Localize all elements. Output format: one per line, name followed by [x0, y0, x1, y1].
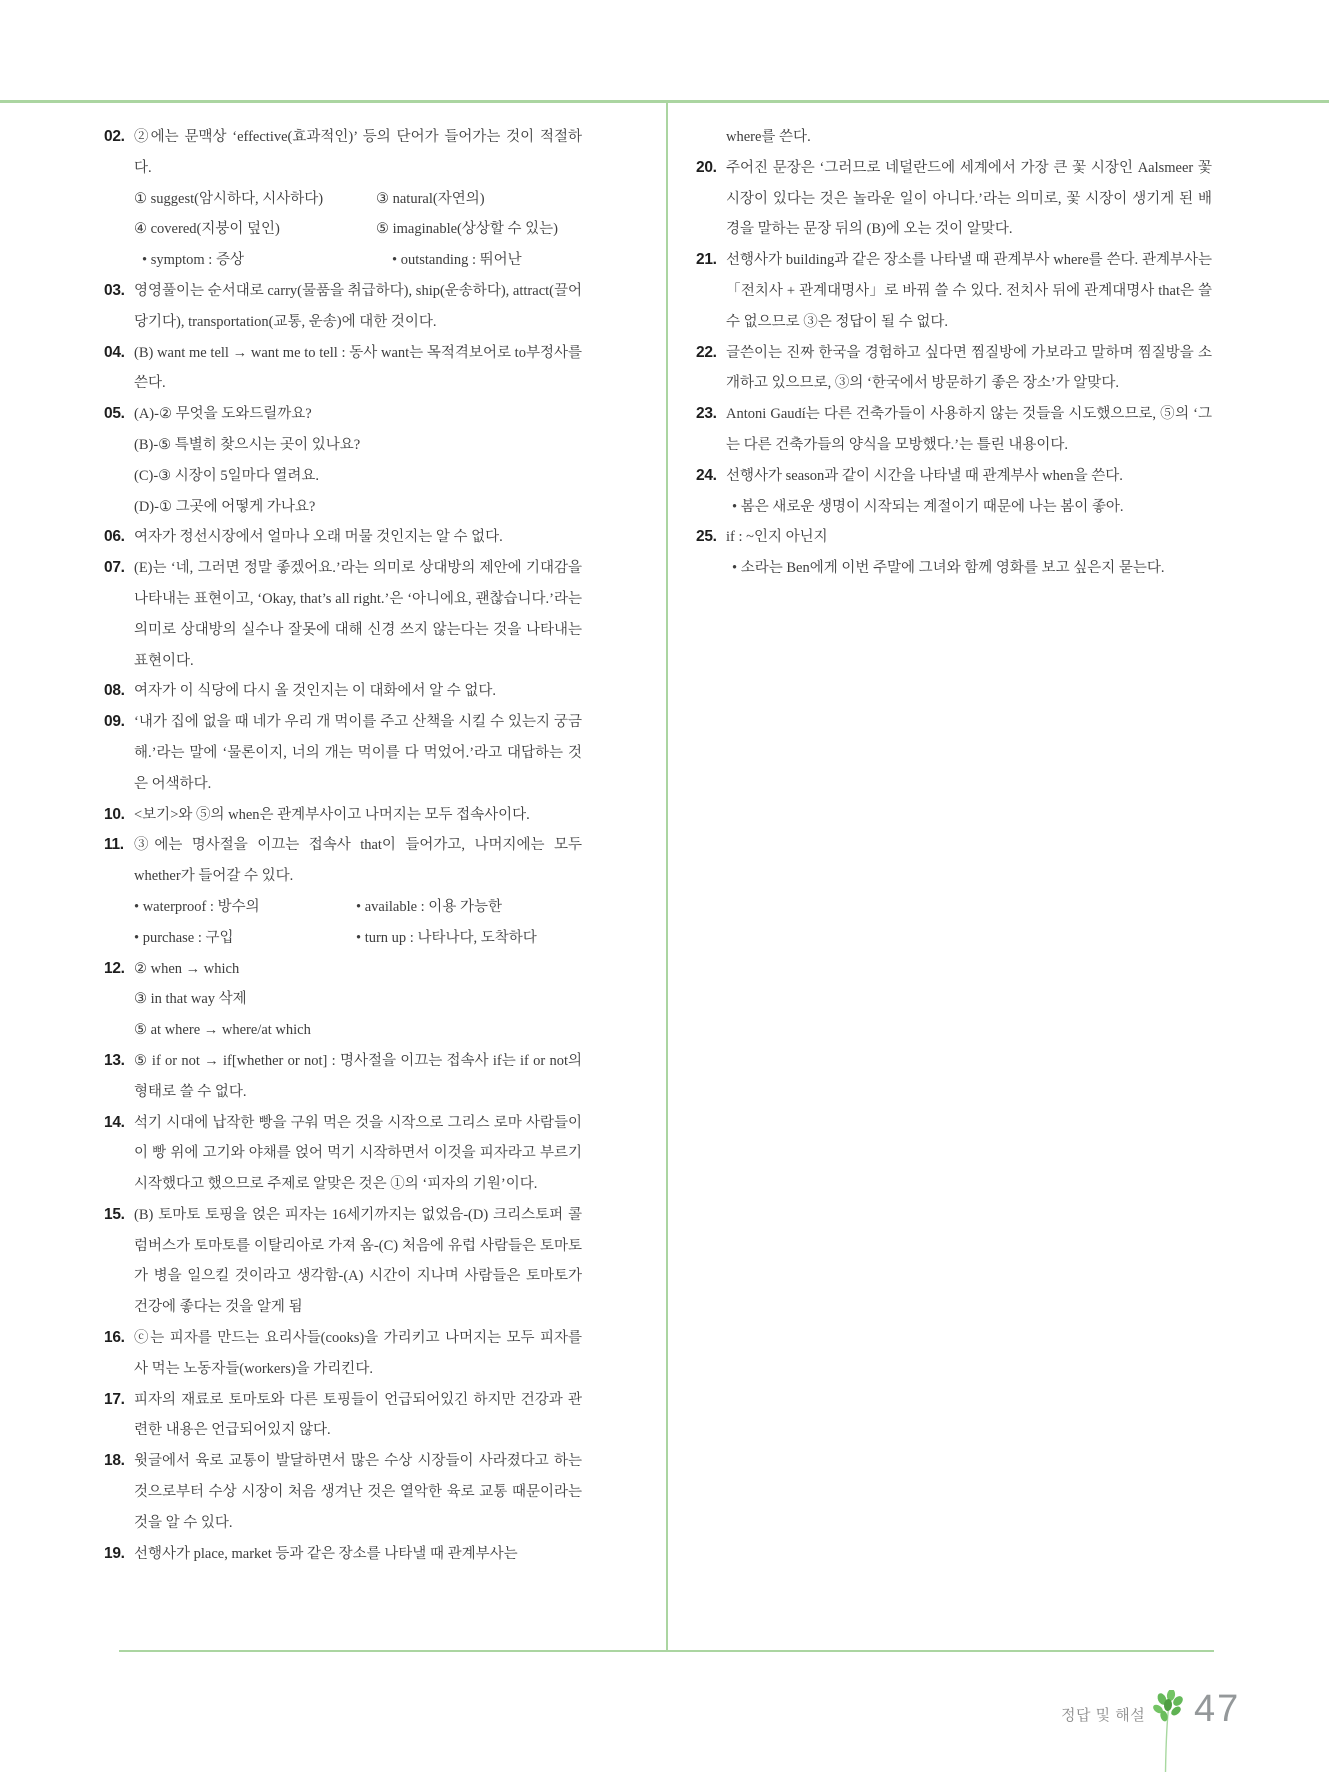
- explanation-text: 여자가 이 식당에 다시 올 것인지는 이 대화에서 알 수 없다.: [134, 676, 582, 707]
- vocab-entry: • turn up : 나타나다, 도착하다: [356, 923, 537, 954]
- page-number: 47: [1194, 1688, 1240, 1731]
- item-body: ‘내가 집에 없을 때 네가 우리 개 먹이를 주고 산책을 시킬 수 있는지 …: [134, 707, 582, 799]
- item-number: 02.: [104, 122, 134, 153]
- explanation-text: ③에는 명사절을 이끄는 접속사 that이 들어가고, 나머지에는 모두 wh…: [134, 830, 582, 892]
- item-body: ③에는 명사절을 이끄는 접속사 that이 들어가고, 나머지에는 모두 wh…: [134, 830, 582, 953]
- item-body: 윗글에서 육로 교통이 발달하면서 많은 수상 시장들이 사라졌다고 하는 것으…: [134, 1446, 582, 1538]
- answer-explanation-page: 02.②에는 문맥상 ‘effective(효과적인)’ 등의 단어가 들어가는…: [0, 0, 1329, 1772]
- option-line: ③ in that way 삭제: [134, 984, 582, 1015]
- explanation-text: <보기>와 ⑤의 when은 관계부사이고 나머지는 모두 접속사이다.: [134, 800, 582, 831]
- item-body: <보기>와 ⑤의 when은 관계부사이고 나머지는 모두 접속사이다.: [134, 800, 582, 831]
- item-body: 여자가 정선시장에서 얼마나 오래 머물 것인지는 알 수 없다.: [134, 522, 582, 553]
- option-line: (A)-② 무엇을 도와드릴까요?: [134, 399, 582, 430]
- bullet-note: • 소라는 Ben에게 이번 주말에 그녀와 함께 영화를 보고 싶은지 묻는다…: [726, 553, 1212, 584]
- item-body: 주어진 문장은 ‘그러므로 네덜란드에 세계에서 가장 큰 꽃 시장인 Aals…: [726, 153, 1212, 245]
- column-divider-rule: [666, 100, 668, 1652]
- explanation-text: 선행사가 season과 같이 시간을 나타낼 때 관계부사 when을 쓴다.: [726, 461, 1212, 492]
- option-line: ⑤ at where → where/at which: [134, 1015, 582, 1046]
- left-column: 02.②에는 문맥상 ‘effective(효과적인)’ 등의 단어가 들어가는…: [104, 122, 582, 1569]
- bottom-rule: [119, 1650, 1214, 1652]
- item-body: Antoni Gaudí는 다른 건축가들이 사용하지 않는 것들을 시도했으므…: [726, 399, 1212, 461]
- item-22: 22.글쓴이는 진짜 한국을 경험하고 싶다면 찜질방에 가보라고 말하며 찜질…: [696, 338, 1212, 400]
- right-column: where를 쓴다.20.주어진 문장은 ‘그러므로 네덜란드에 세계에서 가장…: [696, 122, 1212, 584]
- item-body: (E)는 ‘네, 그러면 정말 좋겠어요.’라는 의미로 상대방의 제안에 기대…: [134, 553, 582, 676]
- option-line: (D)-① 그곳에 어떻게 가나요?: [134, 492, 582, 523]
- item-number: 19.: [104, 1539, 134, 1570]
- vocab-entry: • purchase : 구입: [134, 923, 356, 954]
- item-number: 15.: [104, 1200, 134, 1231]
- vocab-pair-row: ① suggest(암시하다, 시사하다)③ natural(자연의): [134, 184, 582, 215]
- item-14: 14.석기 시대에 납작한 빵을 구워 먹은 것을 시작으로 그리스 로마 사람…: [104, 1108, 582, 1200]
- item-body: (A)-② 무엇을 도와드릴까요?(B)-⑤ 특별히 찾으시는 곳이 있나요?(…: [134, 399, 582, 522]
- item-24: 24.선행사가 season과 같이 시간을 나타낼 때 관계부사 when을 …: [696, 461, 1212, 523]
- item-number: 04.: [104, 338, 134, 369]
- sprout-icon: [1150, 1690, 1186, 1772]
- item-19: 19.선행사가 place, market 등과 같은 장소를 나타낼 때 관계…: [104, 1539, 582, 1570]
- option-line: ② when → which: [134, 954, 582, 985]
- item-body: 피자의 재료로 토마토와 다른 토핑들이 언급되어있긴 하지만 건강과 관련한 …: [134, 1385, 582, 1447]
- item-number: 20.: [696, 153, 726, 184]
- item-11: 11.③에는 명사절을 이끄는 접속사 that이 들어가고, 나머지에는 모두…: [104, 830, 582, 953]
- item-08: 08.여자가 이 식당에 다시 올 것인지는 이 대화에서 알 수 없다.: [104, 676, 582, 707]
- explanation-text: 석기 시대에 납작한 빵을 구워 먹은 것을 시작으로 그리스 로마 사람들이 …: [134, 1108, 582, 1200]
- item-16: 16.ⓒ는 피자를 만드는 요리사들(cooks)을 가리키고 나머지는 모두 …: [104, 1323, 582, 1385]
- explanation-text: ⑤ if or not → if[whether or not] : 명사절을 …: [134, 1046, 582, 1108]
- item-25: 25.if : ~인지 아닌지• 소라는 Ben에게 이번 주말에 그녀와 함께…: [696, 522, 1212, 584]
- item-body: where를 쓴다.: [726, 122, 1212, 153]
- explanation-text: 피자의 재료로 토마토와 다른 토핑들이 언급되어있긴 하지만 건강과 관련한 …: [134, 1385, 582, 1447]
- item-17: 17.피자의 재료로 토마토와 다른 토핑들이 언급되어있긴 하지만 건강과 관…: [104, 1385, 582, 1447]
- item-number: 12.: [104, 954, 134, 985]
- explanation-text: 선행사가 building과 같은 장소를 나타낼 때 관계부사 where를 …: [726, 245, 1212, 337]
- item-number: 11.: [104, 830, 134, 861]
- item-number: 10.: [104, 800, 134, 831]
- vocab-entry: • symptom : 증상: [142, 245, 392, 276]
- top-rule: [0, 100, 1329, 103]
- item-number: 25.: [696, 522, 726, 553]
- explanation-text: ‘내가 집에 없을 때 네가 우리 개 먹이를 주고 산책을 시킬 수 있는지 …: [134, 707, 582, 799]
- item-20: 20.주어진 문장은 ‘그러므로 네덜란드에 세계에서 가장 큰 꽃 시장인 A…: [696, 153, 1212, 245]
- item-body: 선행사가 season과 같이 시간을 나타낼 때 관계부사 when을 쓴다.…: [726, 461, 1212, 523]
- item-body: 석기 시대에 납작한 빵을 구워 먹은 것을 시작으로 그리스 로마 사람들이 …: [134, 1108, 582, 1200]
- explanation-text: 윗글에서 육로 교통이 발달하면서 많은 수상 시장들이 사라졌다고 하는 것으…: [134, 1446, 582, 1538]
- explanation-text: Antoni Gaudí는 다른 건축가들이 사용하지 않는 것들을 시도했으므…: [726, 399, 1212, 461]
- item-04: 04.(B) want me tell → want me to tell : …: [104, 338, 582, 400]
- item-03: 03.영영풀이는 순서대로 carry(물품을 취급하다), ship(운송하다…: [104, 276, 582, 338]
- explanation-text: ②에는 문맥상 ‘effective(효과적인)’ 등의 단어가 들어가는 것이…: [134, 122, 582, 184]
- item-number: 24.: [696, 461, 726, 492]
- item-body: ②에는 문맥상 ‘effective(효과적인)’ 등의 단어가 들어가는 것이…: [134, 122, 582, 276]
- item-13: 13.⑤ if or not → if[whether or not] : 명사…: [104, 1046, 582, 1108]
- explanation-text: (E)는 ‘네, 그러면 정말 좋겠어요.’라는 의미로 상대방의 제안에 기대…: [134, 553, 582, 676]
- item-number: 22.: [696, 338, 726, 369]
- option-line: (B)-⑤ 특별히 찾으시는 곳이 있나요?: [134, 430, 582, 461]
- bullet-note: • 봄은 새로운 생명이 시작되는 계절이기 때문에 나는 봄이 좋아.: [726, 492, 1212, 523]
- item-number: 21.: [696, 245, 726, 276]
- item-21: 21.선행사가 building과 같은 장소를 나타낼 때 관계부사 wher…: [696, 245, 1212, 337]
- item-body: 영영풀이는 순서대로 carry(물품을 취급하다), ship(운송하다), …: [134, 276, 582, 338]
- item-number: 13.: [104, 1046, 134, 1077]
- item-09: 09.‘내가 집에 없을 때 네가 우리 개 먹이를 주고 산책을 시킬 수 있…: [104, 707, 582, 799]
- item-15: 15.(B) 토마토 토핑을 얹은 피자는 16세기까지는 없었음-(D) 크리…: [104, 1200, 582, 1323]
- item-number: 23.: [696, 399, 726, 430]
- item-18: 18.윗글에서 육로 교통이 발달하면서 많은 수상 시장들이 사라졌다고 하는…: [104, 1446, 582, 1538]
- item-continuation: where를 쓴다.: [696, 122, 1212, 153]
- item-body: (B) 토마토 토핑을 얹은 피자는 16세기까지는 없었음-(D) 크리스토퍼…: [134, 1200, 582, 1323]
- explanation-text: (B) 토마토 토핑을 얹은 피자는 16세기까지는 없었음-(D) 크리스토퍼…: [134, 1200, 582, 1323]
- item-body: if : ~인지 아닌지• 소라는 Ben에게 이번 주말에 그녀와 함께 영화…: [726, 522, 1212, 584]
- item-body: (B) want me tell → want me to tell : 동사 …: [134, 338, 582, 400]
- item-number: 06.: [104, 522, 134, 553]
- item-body: 선행사가 place, market 등과 같은 장소를 나타낼 때 관계부사는: [134, 1539, 582, 1570]
- item-number: 09.: [104, 707, 134, 738]
- vocab-entry: ③ natural(자연의): [376, 184, 485, 215]
- item-number: 07.: [104, 553, 134, 584]
- explanation-text: 주어진 문장은 ‘그러므로 네덜란드에 세계에서 가장 큰 꽃 시장인 Aals…: [726, 153, 1212, 245]
- explanation-text: ⓒ는 피자를 만드는 요리사들(cooks)을 가리키고 나머지는 모두 피자를…: [134, 1323, 582, 1385]
- option-line: (C)-③ 시장이 5일마다 열려요.: [134, 461, 582, 492]
- explanation-text: (B) want me tell → want me to tell : 동사 …: [134, 338, 582, 400]
- item-12: 12.② when → which③ in that way 삭제⑤ at wh…: [104, 954, 582, 1046]
- item-body: ② when → which③ in that way 삭제⑤ at where…: [134, 954, 582, 1046]
- item-23: 23.Antoni Gaudí는 다른 건축가들이 사용하지 않는 것들을 시도…: [696, 399, 1212, 461]
- vocab-entry: • available : 이용 가능한: [356, 892, 502, 923]
- item-number: 08.: [104, 676, 134, 707]
- item-number: 05.: [104, 399, 134, 430]
- item-body: ⑤ if or not → if[whether or not] : 명사절을 …: [134, 1046, 582, 1108]
- vocab-entry: ④ covered(지붕이 덮인): [134, 214, 376, 245]
- vocab-entry: ⑤ imaginable(상상할 수 있는): [376, 214, 558, 245]
- item-06: 06.여자가 정선시장에서 얼마나 오래 머물 것인지는 알 수 없다.: [104, 522, 582, 553]
- item-body: ⓒ는 피자를 만드는 요리사들(cooks)을 가리키고 나머지는 모두 피자를…: [134, 1323, 582, 1385]
- item-number: 14.: [104, 1108, 134, 1139]
- explanation-text: where를 쓴다.: [726, 122, 1212, 153]
- explanation-text: if : ~인지 아닌지: [726, 522, 1212, 553]
- vocab-entry: • outstanding : 뛰어난: [392, 245, 522, 276]
- explanation-text: 글쓴이는 진짜 한국을 경험하고 싶다면 찜질방에 가보라고 말하며 찜질방을 …: [726, 338, 1212, 400]
- explanation-text: 여자가 정선시장에서 얼마나 오래 머물 것인지는 알 수 없다.: [134, 522, 582, 553]
- vocab-entry: ① suggest(암시하다, 시사하다): [134, 184, 376, 215]
- item-number: 16.: [104, 1323, 134, 1354]
- footer-section-title: 정답 및 해설: [1061, 1704, 1145, 1725]
- vocab-pair-row: • purchase : 구입• turn up : 나타나다, 도착하다: [134, 923, 582, 954]
- vocab-entry: • waterproof : 방수의: [134, 892, 356, 923]
- explanation-text: 선행사가 place, market 등과 같은 장소를 나타낼 때 관계부사는: [134, 1539, 582, 1570]
- item-07: 07.(E)는 ‘네, 그러면 정말 좋겠어요.’라는 의미로 상대방의 제안에…: [104, 553, 582, 676]
- item-02: 02.②에는 문맥상 ‘effective(효과적인)’ 등의 단어가 들어가는…: [104, 122, 582, 276]
- item-body: 선행사가 building과 같은 장소를 나타낼 때 관계부사 where를 …: [726, 245, 1212, 337]
- vocab-pair-row: ④ covered(지붕이 덮인)⑤ imaginable(상상할 수 있는): [134, 214, 582, 245]
- item-number: 18.: [104, 1446, 134, 1477]
- item-number: 17.: [104, 1385, 134, 1416]
- vocab-pair-row: • waterproof : 방수의• available : 이용 가능한: [134, 892, 582, 923]
- item-10: 10.<보기>와 ⑤의 when은 관계부사이고 나머지는 모두 접속사이다.: [104, 800, 582, 831]
- item-body: 여자가 이 식당에 다시 올 것인지는 이 대화에서 알 수 없다.: [134, 676, 582, 707]
- item-body: 글쓴이는 진짜 한국을 경험하고 싶다면 찜질방에 가보라고 말하며 찜질방을 …: [726, 338, 1212, 400]
- item-number: 03.: [104, 276, 134, 307]
- explanation-text: 영영풀이는 순서대로 carry(물품을 취급하다), ship(운송하다), …: [134, 276, 582, 338]
- item-05: 05.(A)-② 무엇을 도와드릴까요?(B)-⑤ 특별히 찾으시는 곳이 있나…: [104, 399, 582, 522]
- vocab-pair-row: • symptom : 증상• outstanding : 뛰어난: [134, 245, 582, 276]
